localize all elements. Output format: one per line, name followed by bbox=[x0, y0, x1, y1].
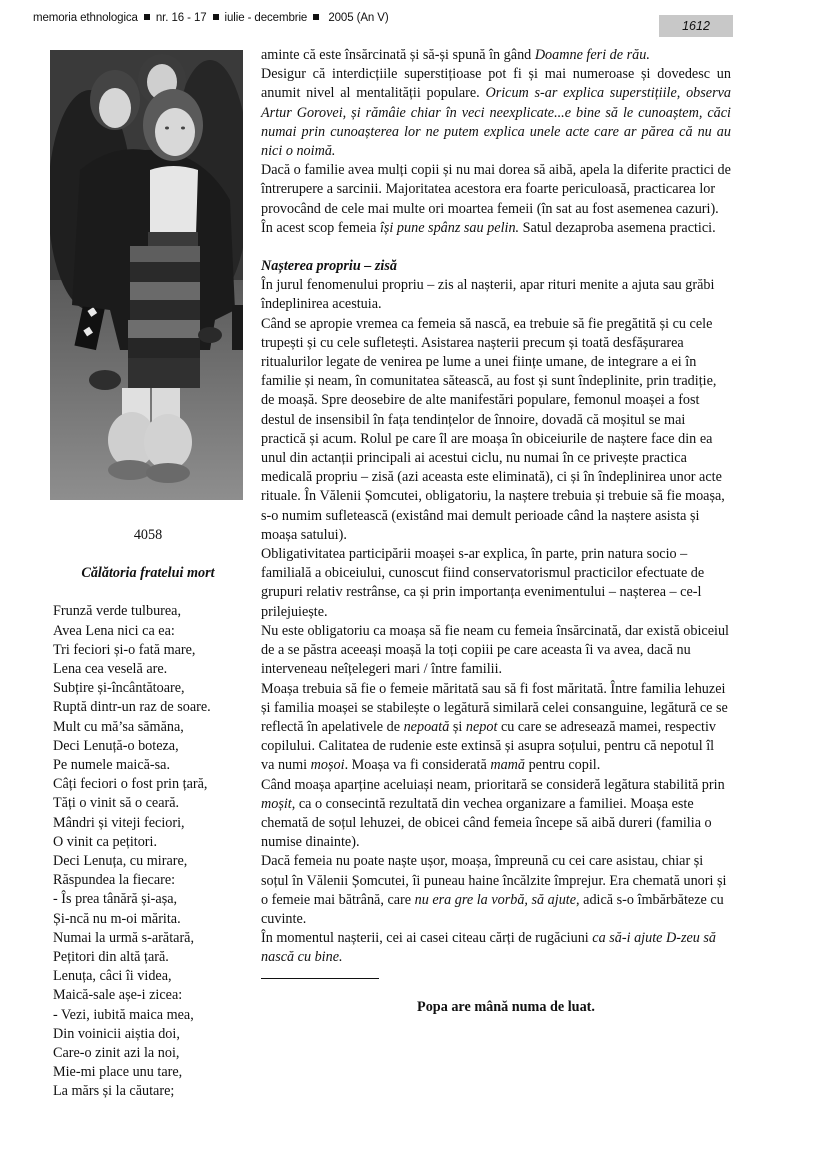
paragraph-text: , ca o consecintă rezultată din vechea o… bbox=[261, 796, 712, 850]
poem-line: Tri feciori și-o fată mare, bbox=[53, 641, 253, 660]
paragraph-text: pentru copil. bbox=[525, 757, 600, 773]
paragraph: Dacă o familie avea mulți copii și nu ma… bbox=[261, 161, 731, 238]
poem-line: Pe numele maică-sa. bbox=[53, 756, 253, 775]
poem-line: Care-o zinit azi la noi, bbox=[53, 1044, 253, 1063]
poem-line: Maică-sale așe-i zicea: bbox=[53, 986, 253, 1005]
paragraph: Dacă femeia nu poate naște ușor, moașa, … bbox=[261, 852, 731, 929]
paragraph-text: Satul dezaproba asemena practici. bbox=[519, 220, 716, 236]
poem-line: Lenuța, câci îi videa, bbox=[53, 967, 253, 986]
poem-line: - Îs prea tânără și-așa, bbox=[53, 890, 253, 909]
poem-line: Deci Lenuță-o boteza, bbox=[53, 737, 253, 756]
issue-period: iulie - decembrie bbox=[225, 12, 308, 24]
issue-year: 2005 (An V) bbox=[328, 12, 388, 24]
poem-line: Tăți o vinit să o ceară. bbox=[53, 794, 253, 813]
next-poem-title: Popa are mână numa de luat. bbox=[261, 998, 751, 1017]
paragraph-text: . Moașa va fi considerată bbox=[345, 757, 491, 773]
poem-line: Deci Lenuța, cu mirare, bbox=[53, 852, 253, 871]
poem-line: - Vezi, iubită maica mea, bbox=[53, 1006, 253, 1025]
journal-name: memoria ethnologica bbox=[33, 12, 138, 24]
square-bullet-icon bbox=[144, 14, 150, 20]
poem-title: Călătoria fratelui mort bbox=[53, 564, 243, 583]
paragraph: În jurul fenomenului propriu – zis al na… bbox=[261, 276, 731, 314]
poem-line: Frunză verde tulburea, bbox=[53, 602, 253, 621]
poem-line: Numai la urmă s-arătară, bbox=[53, 929, 253, 948]
paragraph-text: aminte că este însărcinată și să-și spun… bbox=[261, 47, 535, 63]
term: moșoi bbox=[311, 757, 345, 773]
quoted-phrase: își pune spânz sau pelin. bbox=[380, 220, 519, 236]
paragraph: Când moașa aparține aceluiași neam, prio… bbox=[261, 776, 731, 853]
photo-girl-folk-costume bbox=[50, 50, 243, 500]
square-bullet-icon bbox=[313, 14, 319, 20]
poem-line: Ruptă dintr-un raz de soare. bbox=[53, 698, 253, 717]
poem-line: Din voinicii aiștia doi, bbox=[53, 1025, 253, 1044]
article-column: aminte că este însărcinată și să-și spun… bbox=[261, 46, 731, 1017]
paragraph-text: În momentul nașterii, cei ai casei citea… bbox=[261, 930, 592, 946]
term: mamă bbox=[490, 757, 525, 773]
poem-line: Mie-mi place unu tare, bbox=[53, 1063, 253, 1082]
poem-line: Mândri și viteji feciori, bbox=[53, 814, 253, 833]
poem-line: Mult cu mă’sa sămăna, bbox=[53, 718, 253, 737]
poem-line: La mărs și la căutare; bbox=[53, 1082, 253, 1101]
poem-number: 4058 bbox=[53, 526, 243, 545]
running-header: memoria ethnologicanr. 16 - 17iulie - de… bbox=[33, 12, 389, 24]
paragraph: Desigur că interdicțiile superstițioase … bbox=[261, 65, 731, 161]
poem-line: Pețitori din altă țară. bbox=[53, 948, 253, 967]
term: nepot bbox=[466, 719, 498, 735]
poem-body: Frunză verde tulburea,Avea Lena nici ca … bbox=[53, 602, 253, 1101]
poem-line: Și-ncă nu m-oi mărita. bbox=[53, 910, 253, 929]
paragraph-text: Când moașa aparține aceluiași neam, prio… bbox=[261, 777, 725, 793]
issue-number: nr. 16 - 17 bbox=[156, 12, 207, 24]
poem-line: Lena cea veselă are. bbox=[53, 660, 253, 679]
square-bullet-icon bbox=[213, 14, 219, 20]
poem-line: Răspundea la fiecare: bbox=[53, 871, 253, 890]
page-number: 1612 bbox=[659, 15, 733, 37]
poem-line: Câți feciori o fost prin țară, bbox=[53, 775, 253, 794]
poem-column: 4058 Călătoria fratelui mort Frunză verd… bbox=[53, 526, 253, 1102]
paragraph: aminte că este însărcinată și să-și spun… bbox=[261, 46, 731, 65]
paragraph: Când se apropie vremea ca femeia să nasc… bbox=[261, 315, 731, 545]
footnote-divider bbox=[261, 978, 379, 979]
paragraph: Obligativitatea participării moașei s-ar… bbox=[261, 545, 731, 622]
poem-line: O vinit ca pețitori. bbox=[53, 833, 253, 852]
photo-image bbox=[50, 50, 243, 500]
paragraph: În momentul nașterii, cei ai casei citea… bbox=[261, 929, 731, 967]
term: moșit bbox=[261, 796, 292, 812]
quoted-phrase: nu era gre la vorbă, să ajute bbox=[415, 892, 576, 908]
paragraph-text: și bbox=[449, 719, 466, 735]
paragraph: Moașa trebuia să fie o femeie măritată s… bbox=[261, 680, 731, 776]
poem-line: Subțire și-încântătoare, bbox=[53, 679, 253, 698]
term: nepoată bbox=[404, 719, 450, 735]
quoted-phrase: Doamne feri de rău. bbox=[535, 47, 650, 63]
paragraph: Nu este obligatoriu ca moașa să fie neam… bbox=[261, 622, 731, 680]
section-heading: Nașterea propriu – zisă bbox=[261, 257, 731, 276]
poem-line: Avea Lena nici ca ea: bbox=[53, 622, 253, 641]
